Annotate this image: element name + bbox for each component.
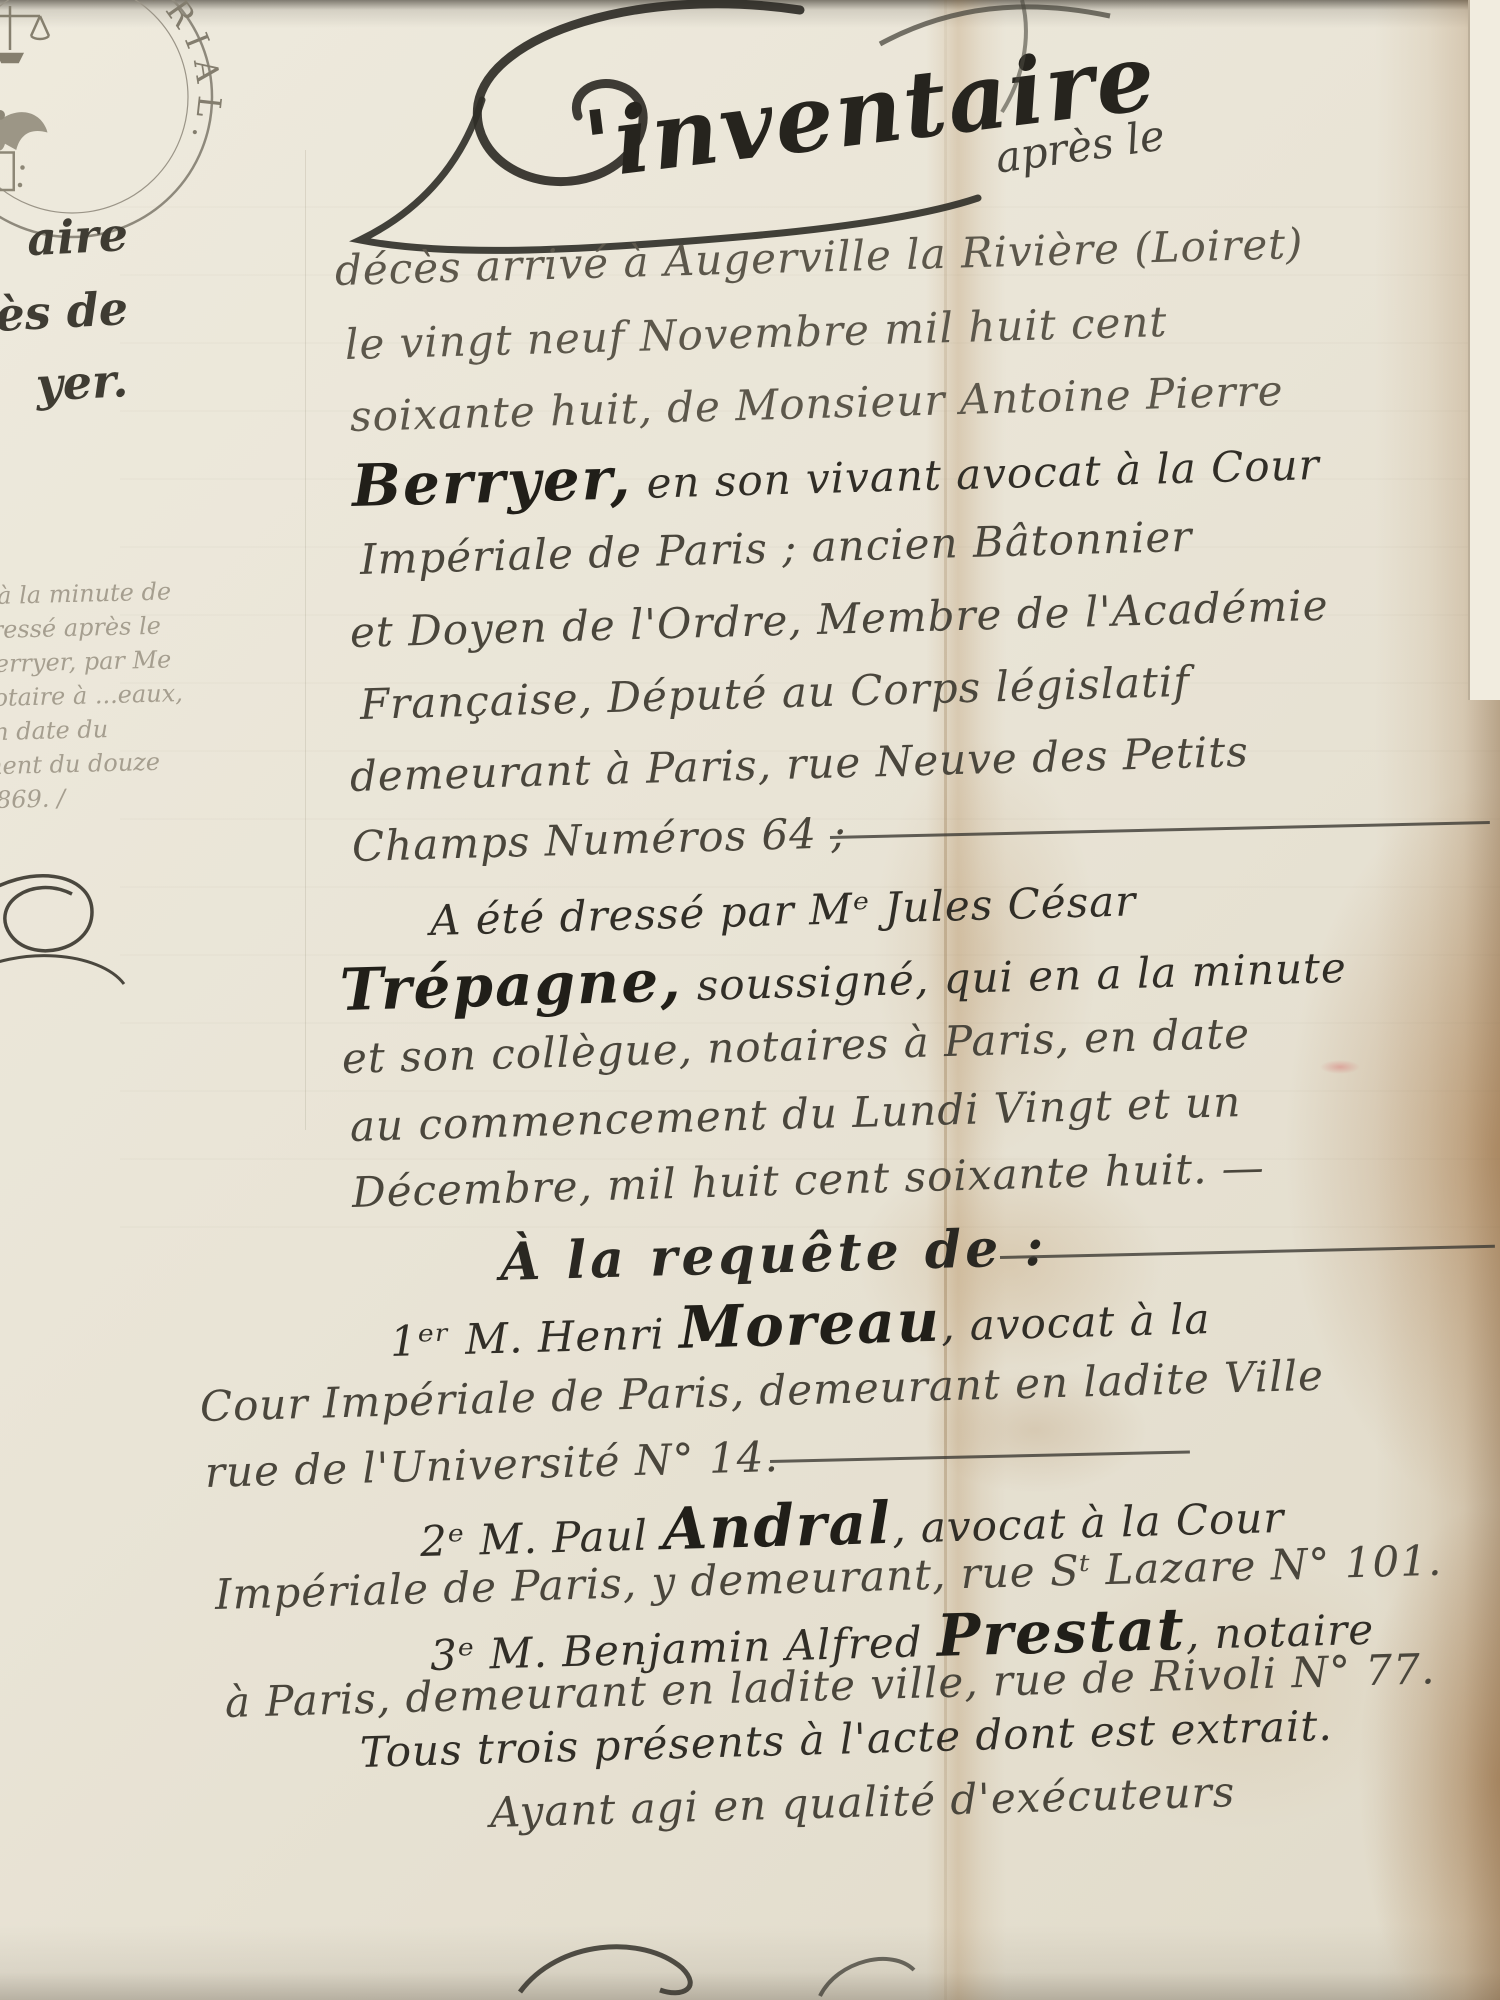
scales-of-justice-icon: [0, 6, 49, 62]
line-text: Impériale de Paris ; ancien Bâtonnier: [359, 512, 1193, 584]
text-line: Berryer, en son vivant avocat à la Cour: [351, 425, 1320, 520]
red-stamp-trace: [1320, 1060, 1360, 1074]
text-line: et Doyen de l'Ordre, Membre de l'Académi…: [349, 581, 1329, 657]
line-text: le vingt neuf Novembre mil huit cent: [344, 297, 1168, 369]
ink-rule: [830, 821, 1490, 839]
bottom-cropped-flourish: [500, 1928, 960, 2000]
text-line: Française, Député au Corps législatif: [359, 657, 1190, 729]
manuscript-page: IMPERIAL. aire ès de yer. é à la minute …: [0, 0, 1500, 2000]
person-name: Berryer,: [351, 444, 633, 520]
line-text: Française, Député au Corps législatif: [359, 657, 1190, 729]
top-right-pen-flourish: [870, 0, 1130, 126]
line-text: au commencement du Lundi Vingt et un: [349, 1077, 1241, 1151]
text-line: Ayant agi en qualité d'exécuteurs: [489, 1767, 1235, 1837]
text-line: rue de l'Université N° 14.: [204, 1432, 779, 1497]
imperial-eagle-icon: [0, 110, 48, 190]
margin-title-fragment: ès de: [0, 281, 129, 345]
text-line: Impériale de Paris ; ancien Bâtonnier: [359, 512, 1193, 584]
seal-inner-ring: [0, 0, 188, 213]
line-text: Cour Impériale de Paris, demeurant en la…: [199, 1351, 1324, 1431]
text-line: Champs Numéros 64 ;: [351, 808, 847, 871]
text-line: A été dressé par Mᵉ Jules César: [429, 876, 1137, 945]
ink-rule: [1000, 1245, 1495, 1259]
line-text: À la requête de :: [499, 1217, 1048, 1293]
text-line: demeurant à Paris, rue Neuve des Petits: [349, 727, 1249, 801]
text-line-request: À la requête de :: [499, 1217, 1048, 1293]
line-text: demeurant à Paris, rue Neuve des Petits: [349, 727, 1249, 801]
margin-pencil-note: é à la minute de dressé après le Berryer…: [0, 571, 321, 818]
margin-note-line: 1869. /: [0, 775, 321, 818]
line-text: Champs Numéros 64 ;: [351, 808, 847, 871]
line-text: 1ᵉʳ M. Henri: [389, 1309, 679, 1366]
line-text: , avocat à la: [940, 1294, 1211, 1351]
line-text: Ayant agi en qualité d'exécuteurs: [489, 1767, 1235, 1837]
seal-band-text: IMPERIAL.: [36, 0, 229, 156]
person-name: Trépagne,: [339, 946, 683, 1024]
text-line: Cour Impériale de Paris, demeurant en la…: [199, 1351, 1324, 1431]
margin-title-fragment: aire: [0, 207, 129, 271]
line-text: en son vivant avocat à la Cour: [632, 440, 1321, 508]
person-name: Moreau: [678, 1287, 942, 1362]
text-line: au commencement du Lundi Vingt et un: [349, 1077, 1241, 1151]
text-line: le vingt neuf Novembre mil huit cent: [344, 297, 1168, 369]
underlying-page-edge: [1468, 0, 1500, 700]
line-text: rue de l'Université N° 14.: [204, 1432, 779, 1497]
line-text: Décembre, mil huit cent soixante huit. —: [351, 1143, 1265, 1217]
line-text: A été dressé par Mᵉ Jules César: [429, 876, 1137, 945]
margin-title-fragment: yer.: [0, 353, 129, 417]
margin-paraph-flourish: [0, 850, 136, 1020]
line-text: et Doyen de l'Ordre, Membre de l'Académi…: [349, 581, 1329, 657]
text-line: Décembre, mil huit cent soixante huit. —: [351, 1143, 1265, 1217]
ink-rule: [770, 1450, 1190, 1463]
line-text: soussigné, qui en a la minute: [682, 943, 1348, 1011]
